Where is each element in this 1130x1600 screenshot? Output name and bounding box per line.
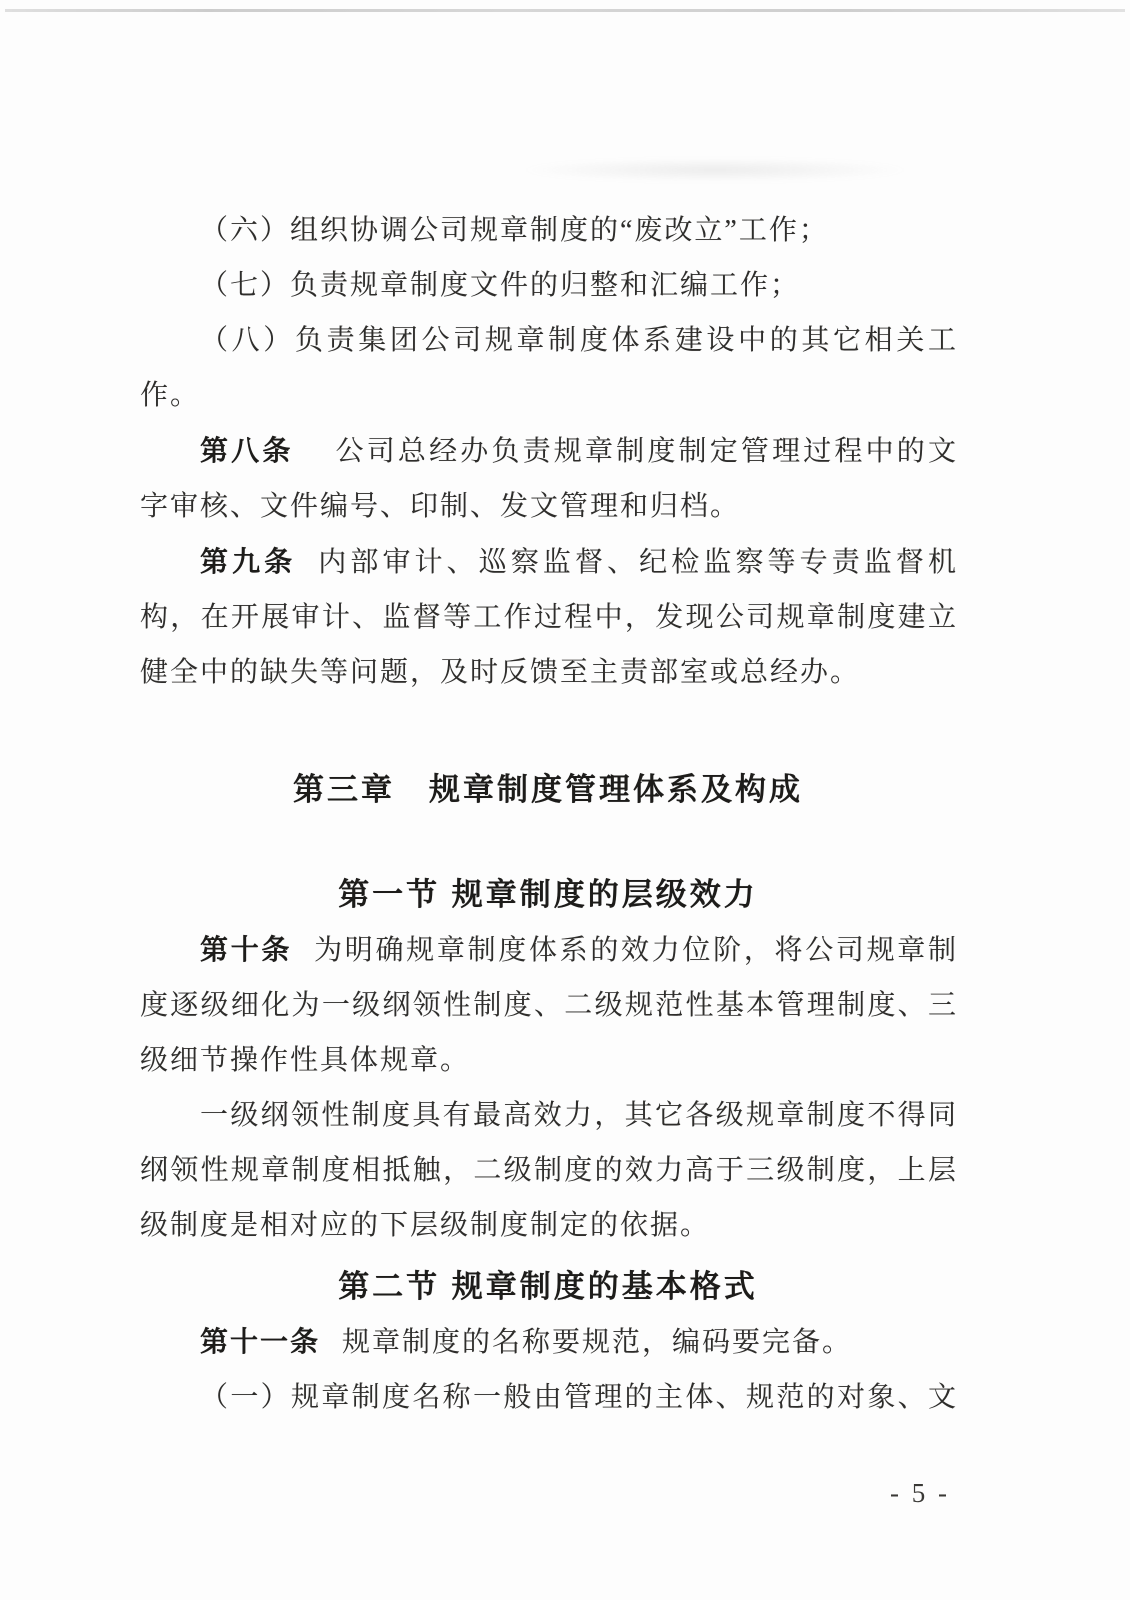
- page-number: - 5 -: [140, 1477, 956, 1509]
- article-11-number: 第十一条: [200, 1326, 320, 1357]
- article-9-text: 内部审计、巡察监督、纪检监察等专责监督机: [318, 547, 956, 578]
- document-page: （六）组织协调公司规章制度的“废改立”工作； （七）负责规章制度文件的归整和汇编…: [0, 0, 1130, 1509]
- article-10-line-continued: 度逐级细化为一级纲领性制度、二级规范性基本管理制度、三: [140, 978, 956, 1033]
- section-heading-2: 第二节 规章制度的基本格式: [140, 1259, 956, 1314]
- article-8-line-continued: 字审核、文件编号、印制、发文管理和归档。: [140, 479, 956, 534]
- article-10-line: 第十条为明确规章制度体系的效力位阶，将公司规章制: [140, 922, 956, 978]
- article-8-text: 公司总经办负责规章制度制定管理过程中的文: [336, 436, 956, 467]
- hierarchy-paragraph-line-1: 一级纲领性制度具有最高效力，其它各级规章制度不得同: [140, 1088, 956, 1143]
- article-10-text: 为明确规章制度体系的效力位阶，将公司规章制: [314, 935, 956, 966]
- hierarchy-paragraph-line-3: 级制度是相对应的下层级制度制定的依据。: [140, 1198, 956, 1253]
- article-9-number: 第九条: [200, 546, 296, 577]
- clause-line-7: （七）负责规章制度文件的归整和汇编工作；: [140, 258, 956, 313]
- clause-line-8-continued: 作。: [140, 368, 956, 423]
- article-9-line: 第九条内部审计、巡察监督、纪检监察等专责监督机: [140, 534, 956, 590]
- clause-line-8: （八）负责集团公司规章制度体系建设中的其它相关工: [140, 313, 956, 368]
- clause-line-1-partial: （一）规章制度名称一般由管理的主体、规范的对象、文: [140, 1370, 956, 1425]
- hierarchy-paragraph-line-2: 纲领性规章制度相抵触，二级制度的效力高于三级制度，上层: [140, 1143, 956, 1198]
- article-11-line: 第十一条规章制度的名称要规范，编码要完备。: [140, 1314, 956, 1370]
- section-heading-1: 第一节 规章制度的层级效力: [140, 867, 956, 922]
- chapter-heading: 第三章 规章制度管理体系及构成: [140, 762, 956, 817]
- article-11-text: 规章制度的名称要规范，编码要完备。: [342, 1327, 852, 1358]
- article-8-number: 第八条: [200, 435, 294, 466]
- article-8-line: 第八条公司总经办负责规章制度制定管理过程中的文: [140, 423, 956, 479]
- article-9-line-end: 健全中的缺失等问题，及时反馈至主责部室或总经办。: [140, 645, 956, 700]
- article-10-number: 第十条: [200, 934, 292, 965]
- article-9-line-continued: 构，在开展审计、监督等工作过程中，发现公司规章制度建立: [140, 590, 956, 645]
- article-10-line-end: 级细节操作性具体规章。: [140, 1033, 956, 1088]
- clause-line-6: （六）组织协调公司规章制度的“废改立”工作；: [140, 203, 956, 258]
